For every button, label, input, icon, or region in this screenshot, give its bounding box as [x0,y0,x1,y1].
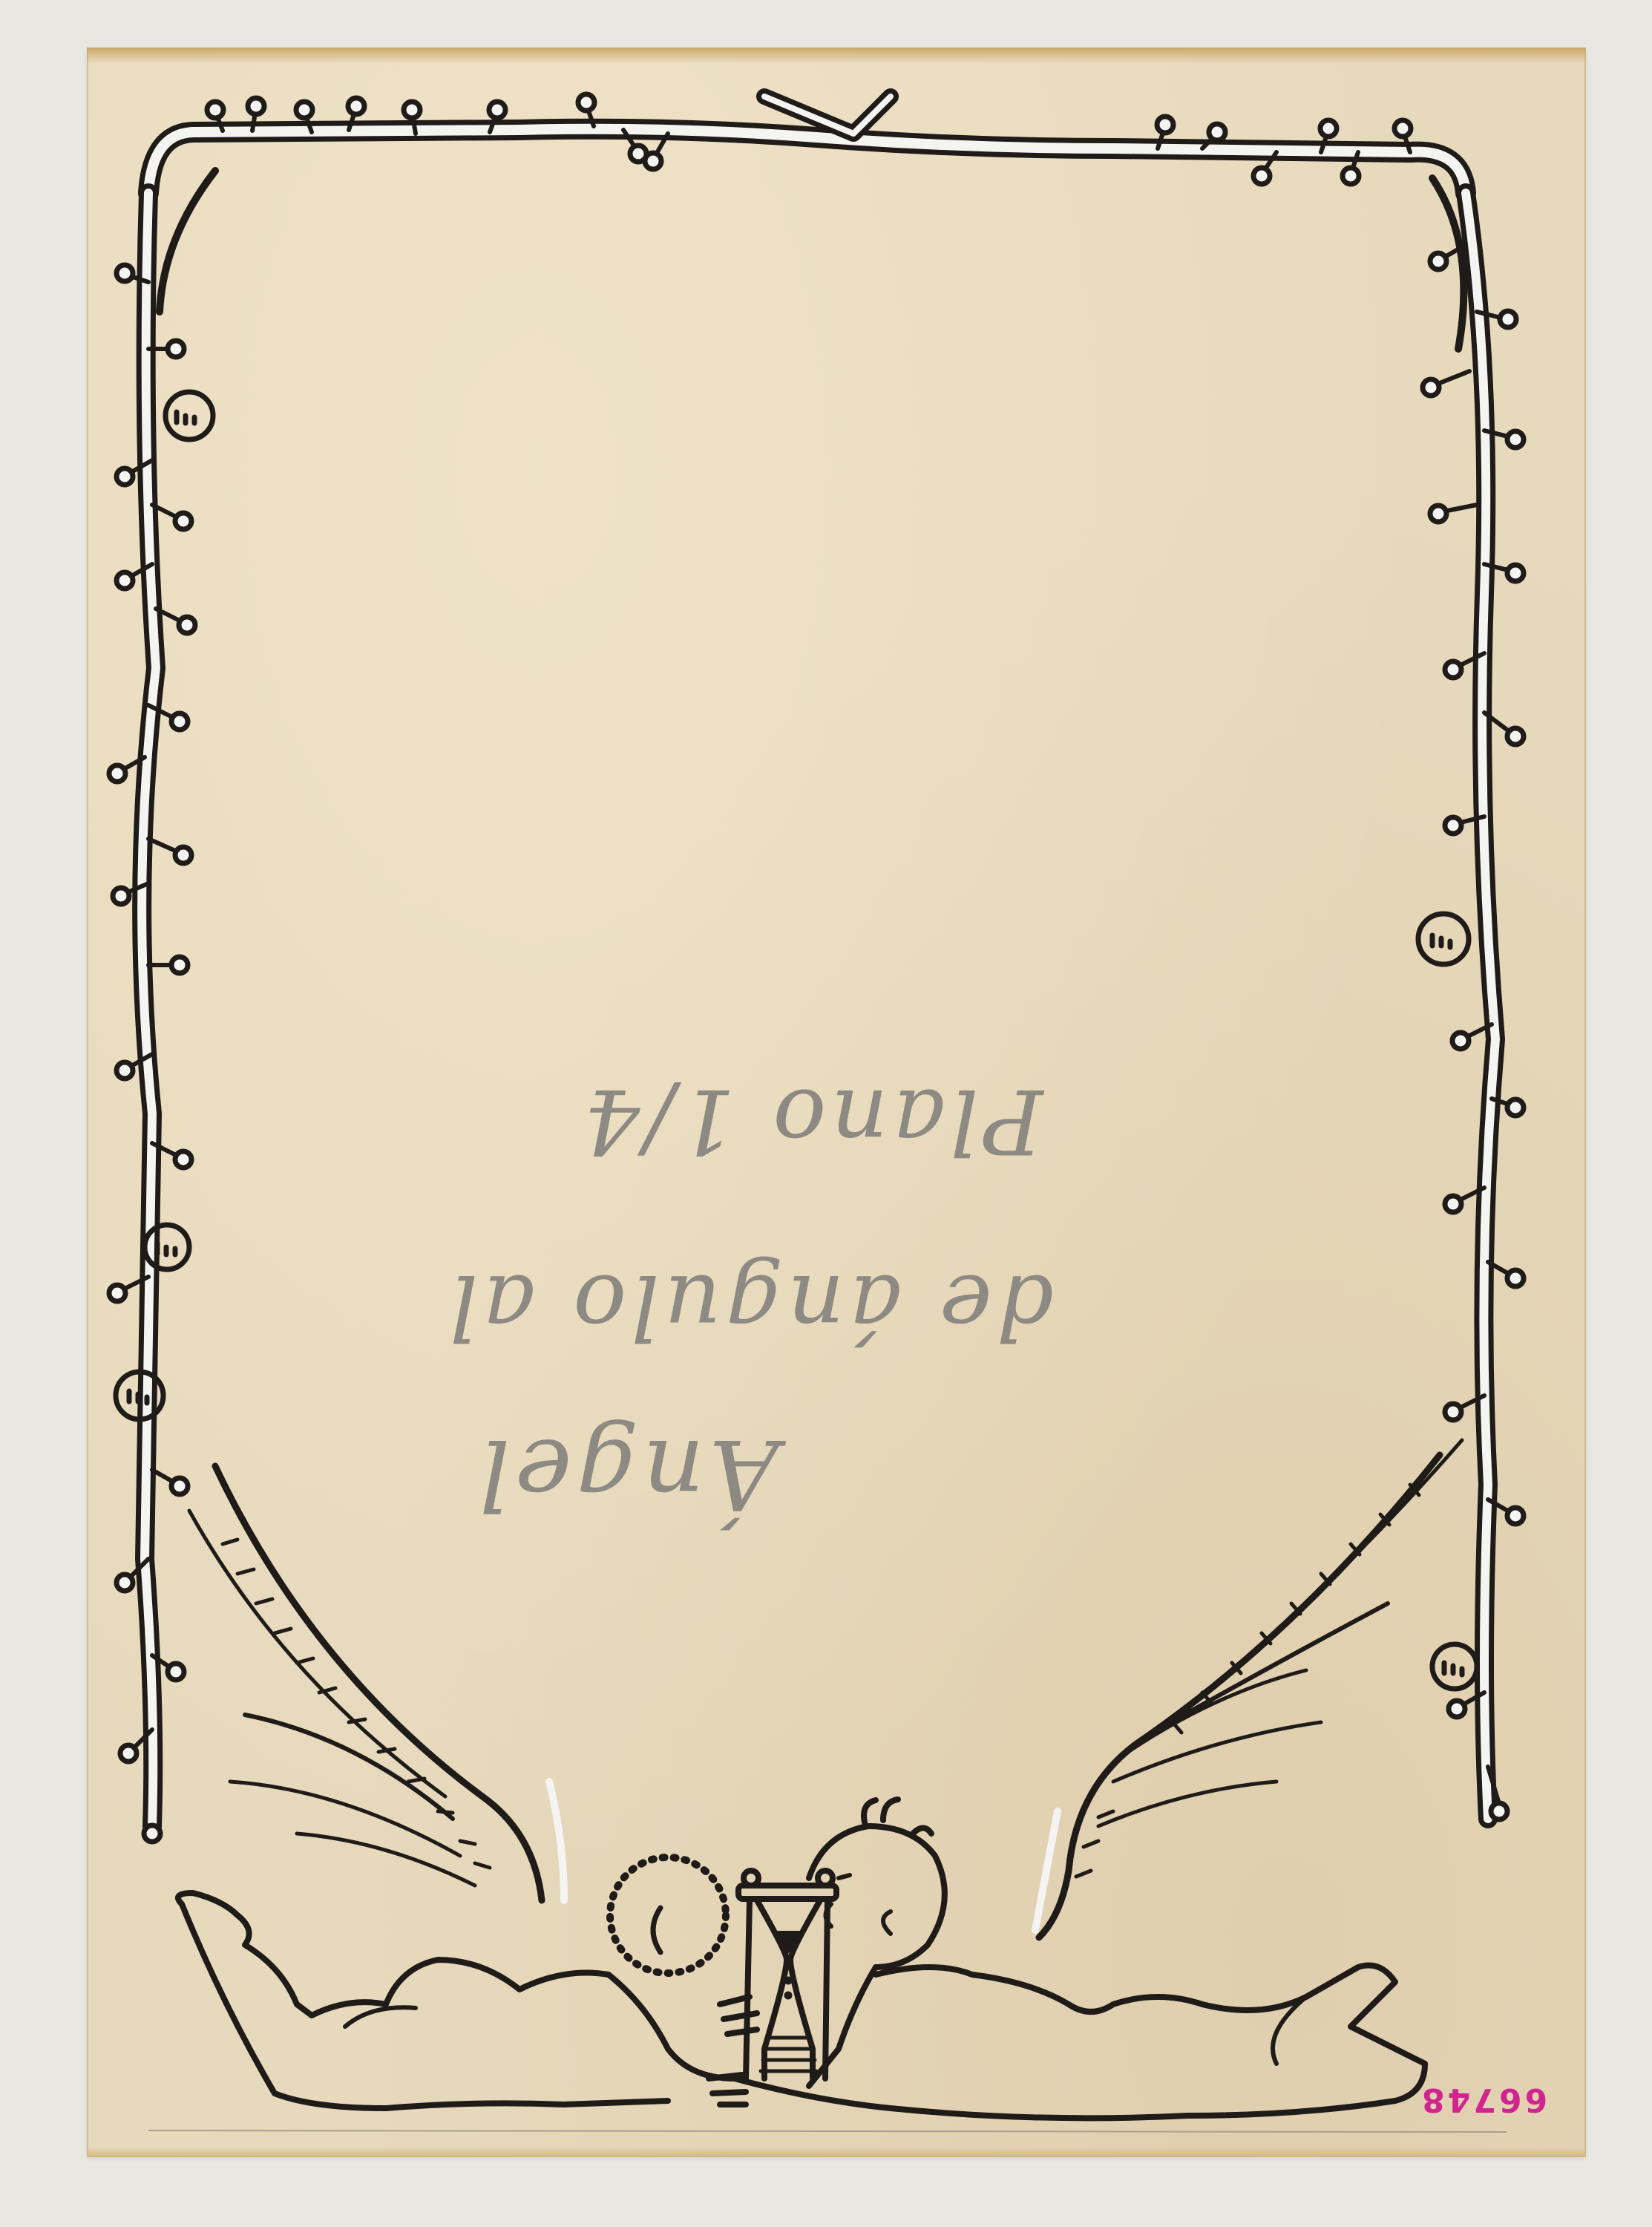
right-cherub [735,1799,1425,2118]
catalog-number: 66748 [1419,2081,1547,2119]
pencil-guide-line [148,2130,1507,2132]
hourglass [738,1871,836,2079]
right-wing [1035,1440,1462,1937]
pencil-inscription-line-3: Ángel [475,1418,779,1531]
pencil-inscription-line-1: Plano 1/4 [579,1069,1043,1172]
pencil-inscription-line-2: de ángulo al [445,1255,1054,1358]
left-cherub [178,1857,757,2108]
vine-border [109,94,1524,1842]
left-wing [189,1466,564,1900]
